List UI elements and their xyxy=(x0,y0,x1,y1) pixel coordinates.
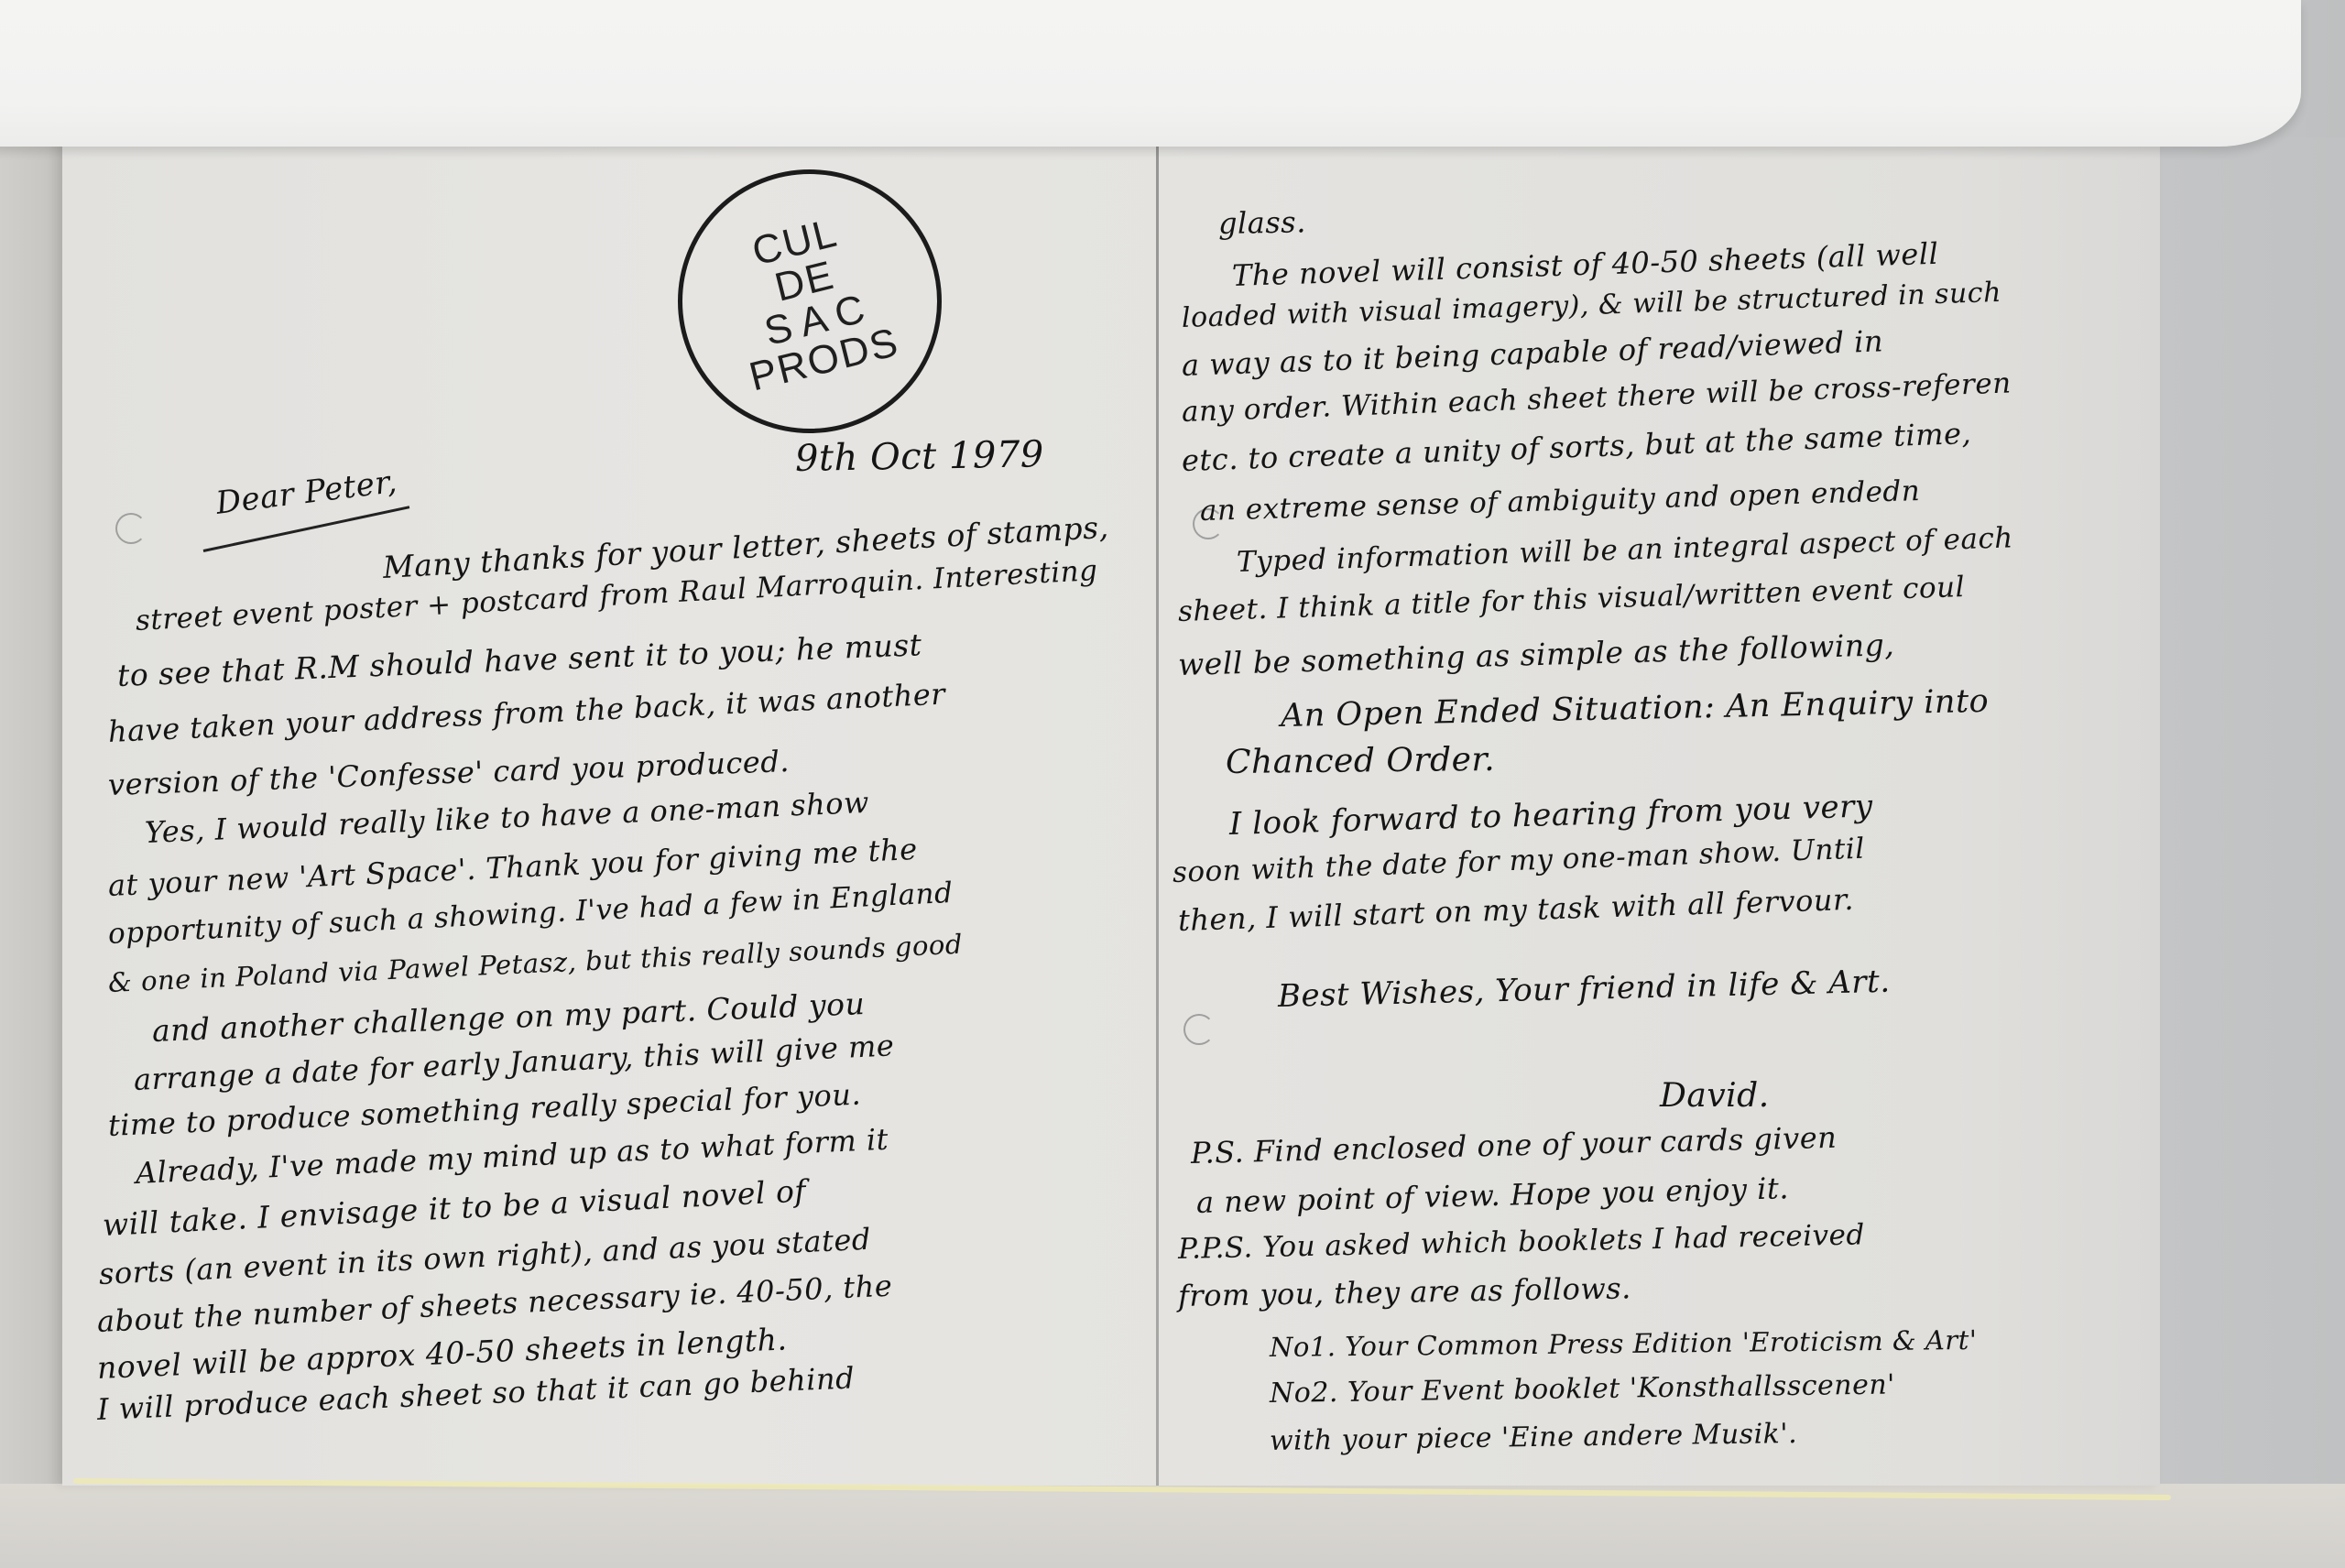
curled-overlay-page xyxy=(0,0,2301,147)
page-fold-line xyxy=(1156,137,1159,1486)
right-background-surface xyxy=(2160,137,2345,1568)
punch-hole-mark xyxy=(115,513,147,544)
left-background-shadow xyxy=(0,137,62,1484)
right-page-line: Chanced Order. xyxy=(1226,741,1496,781)
signature: David. xyxy=(1660,1077,1770,1115)
right-page-line: glass. xyxy=(1218,204,1306,241)
punch-hole-mark xyxy=(1183,1014,1215,1045)
photo-scene: CUL DE SAC PRODS 9th Oct 1979 Dear Peter… xyxy=(0,0,2345,1568)
letter-date: 9th Oct 1979 xyxy=(795,433,1045,480)
cul-de-sac-prods-stamp: CUL DE SAC PRODS xyxy=(678,169,942,433)
